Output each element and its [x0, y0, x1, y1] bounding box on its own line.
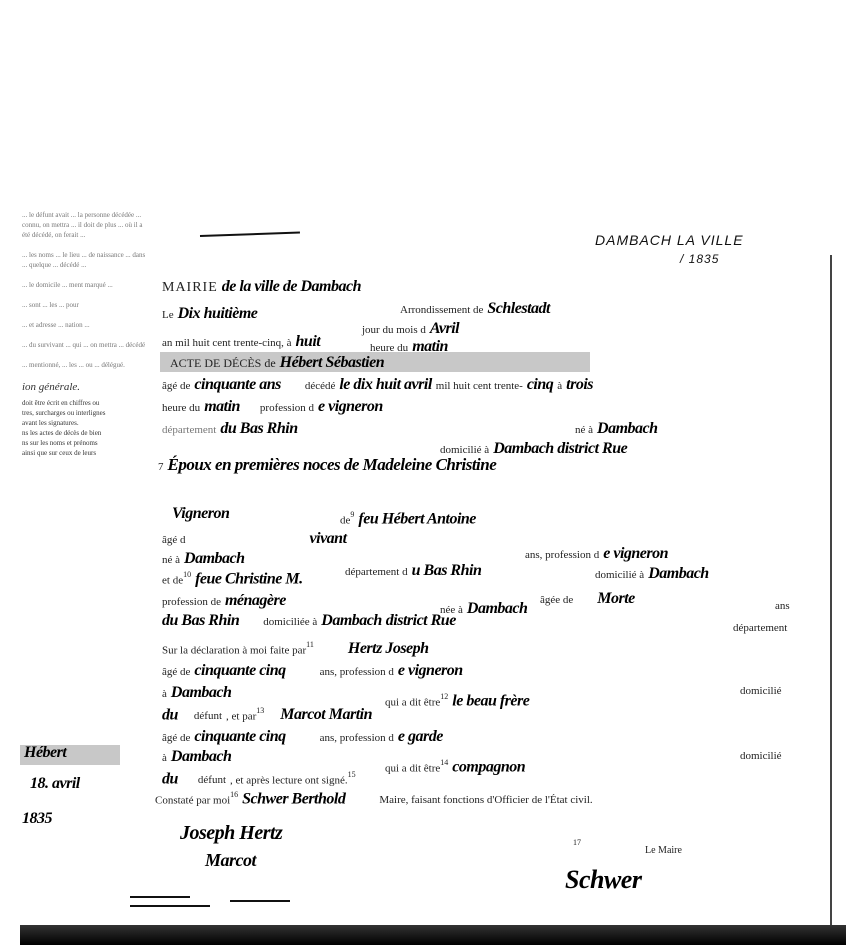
margin-instructions: ... le défunt avait ... la personne décé… [22, 210, 152, 458]
handwritten-value: du [162, 706, 178, 723]
printed-label: qui a dit être [385, 696, 440, 708]
line-father-age: âgé d vivant [162, 530, 347, 548]
instruction-line: ns sur les noms et prénoms [22, 438, 152, 448]
line-declaration: Sur la déclaration à moi faite par11 Her… [162, 640, 429, 658]
handwritten-value: du Bas Rhin [162, 612, 239, 629]
handwritten-value: compagnon [452, 758, 525, 775]
printed-label: âgé d [162, 534, 186, 546]
handwritten-value: e vigneron [318, 398, 383, 415]
printed-label: à [162, 752, 167, 764]
handwritten-value: de la ville de Dambach [222, 278, 361, 295]
line-defunt2: du défunt , et après lecture ont signé.1… [162, 770, 356, 788]
declarant-name: Marcot Martin [280, 706, 372, 723]
faded-block: ... mentionné, ... les ... ou ... délégu… [22, 360, 152, 370]
line-declarant1-domicile: à Dambach [162, 684, 231, 702]
line-ne: né à Dambach [575, 420, 658, 438]
line-declarant2-relation: qui a dit être14 compagnon [385, 758, 525, 776]
act-title: ACTE DE DÉCÈS de Hébert Sébastien [170, 354, 384, 372]
handwritten-value: Dambach [171, 748, 232, 765]
printed-label: ans, profession d [320, 666, 394, 678]
faded-block: ... le domicile ... ment marqué ... [22, 280, 152, 290]
handwritten-value: Dambach district Rue [493, 440, 627, 457]
faded-block: ... du survivant ... qui ... on mettra .… [22, 340, 152, 350]
printed-label: âgé de [162, 732, 190, 744]
printed-label: de [340, 514, 350, 526]
printed-label: domiciliée à [263, 616, 317, 628]
line-father-born: né à Dambach [162, 550, 245, 568]
handwritten-value: district Rue [386, 612, 456, 629]
line-le: Le Dix huitième [162, 305, 257, 323]
handwritten-value: ménagère [225, 592, 286, 609]
instruction-line: ns les actes de décès de bien [22, 428, 152, 438]
line-father-profession: ans, profession d e vigneron [525, 545, 668, 563]
signature-flourish [230, 900, 290, 902]
witness-signature-2: Marcot [205, 850, 256, 871]
line-heure-profession: heure du matin profession d e vigneron [162, 398, 383, 416]
margin-annotation-name: Hébert [24, 744, 66, 762]
printed-label: département [162, 424, 216, 436]
margin-annotation-date: 18. avril [30, 775, 80, 793]
maire-label: Le Maire [645, 845, 682, 856]
footnote-17: 17 [573, 838, 581, 847]
printed-label: ans, profession d [320, 732, 394, 744]
footnote-number: 12 [440, 692, 448, 701]
instruction-line: ainsi que sur ceux de leurs [22, 448, 152, 458]
maire-signature: Schwer [565, 865, 641, 895]
handwritten-value: du Bas Rhin [220, 420, 297, 437]
line-declarant2-age: âgé de cinquante cinq ans, profession d … [162, 728, 443, 746]
handwritten-value: Dambach [184, 550, 245, 567]
printed-label: né à [162, 554, 180, 566]
printed-label: mil huit cent trente- [436, 380, 523, 392]
line-epoux: 7 Époux en premières noces de Madeleine … [158, 455, 496, 475]
printed-label: et de [162, 574, 183, 586]
printed-label: à [162, 688, 167, 700]
departement-label: département [733, 622, 787, 634]
line-father: de9 feu Hébert Antoine [340, 510, 476, 528]
line-mother: et de10 feue Christine M. [162, 570, 303, 588]
margin-annotation-number: 1835 [22, 810, 52, 828]
signature-flourish [130, 896, 190, 898]
line-declarant1-relation: qui a dit être12 le beau frère [385, 692, 529, 710]
line-departement: département du Bas Rhin [162, 420, 298, 438]
commune-stamp: DAMBACH LA VILLE [595, 232, 744, 248]
handwritten-value: vivant [310, 530, 347, 547]
handwritten-value: huit [296, 333, 321, 350]
handwritten-value: Dambach [597, 420, 658, 437]
line-epoux-profession: Vigneron [172, 505, 229, 523]
handwritten-value: Morte [597, 590, 635, 607]
printed-label: heure du [162, 402, 200, 414]
line-declarant1-age: âgé de cinquante cinq ans, profession d … [162, 662, 463, 680]
printed-label: Sur la déclaration à moi faite par [162, 644, 306, 656]
handwritten-value: feu Hébert Antoine [358, 510, 476, 527]
signature-flourish [130, 905, 210, 907]
handwritten-value: Dambach [467, 600, 528, 617]
handwritten-value: Dix huitième [178, 305, 258, 322]
line-age: âgé de cinquante ans décédé le dix huit … [162, 376, 593, 394]
printed-label: an mil huit cent trente-cinq, à [162, 337, 292, 349]
faded-block: ... sont ... les ... pour [22, 300, 152, 310]
printed-label: né à [575, 424, 593, 436]
handwritten-value: Schlestadt [487, 300, 550, 317]
instruction-line: doit être écrit en chiffres ou [22, 398, 152, 408]
footnote-number: 9 [350, 510, 354, 519]
footnote-number: 10 [183, 570, 191, 579]
printed-label: Arrondissement de [400, 304, 483, 316]
printed-label: département d [345, 566, 408, 578]
handwritten-value: du [162, 770, 178, 787]
officer-name: Schwer Berthold [242, 790, 345, 807]
line-mairie: MAIRIE de la ville de Dambach [162, 278, 361, 296]
line-constate: Constaté par moi16 Schwer Berthold Maire… [155, 790, 593, 808]
line-an: an mil huit cent trente-cinq, à huit [162, 333, 320, 351]
handwritten-value: cinq [527, 376, 553, 393]
domicilie-label: domicilié [740, 685, 782, 697]
handwritten-value: feue Christine M. [195, 570, 303, 587]
handwritten-value: u Bas Rhin [412, 562, 482, 579]
scan-shadow [20, 925, 846, 945]
faded-block: ... les noms ... le lieu ... de naissanc… [22, 250, 152, 270]
printed-label: , et par [226, 710, 256, 722]
handwritten-value: le dix huit avril [339, 376, 431, 393]
printed-label: , et après lecture ont signé. [230, 774, 348, 786]
line-declarant2-domicile: à Dambach [162, 748, 231, 766]
handwritten-value: e vigneron [603, 545, 668, 562]
printed-label: à [557, 380, 562, 392]
printed-label: ACTE DE DÉCÈS de [170, 356, 276, 370]
handwritten-value: e garde [398, 728, 443, 745]
handwritten-value: Dambach [171, 684, 232, 701]
footnote-number: 14 [440, 758, 448, 767]
line-father-departement: département d u Bas Rhin [345, 562, 481, 580]
printed-label: Maire, faisant fonctions d'Officier de l… [379, 794, 592, 806]
declarant-name: Hertz Joseph [348, 640, 429, 657]
handwritten-value: matin [204, 398, 240, 415]
footnote-number: 11 [306, 640, 314, 649]
handwritten-value: cinquante ans [194, 376, 280, 393]
domicilie-label-2: domicilié [740, 750, 782, 762]
witness-signature-1: Joseph Hertz [180, 822, 282, 845]
instruction-line: avant les signatures. [22, 418, 152, 428]
printed-label: profession de [162, 596, 221, 608]
printed-label: domicilié à [595, 569, 644, 581]
printed-label: MAIRIE [162, 280, 218, 295]
printed-label: âgé de [162, 666, 190, 678]
handwritten-value: Avril [430, 320, 459, 337]
printed-label: âgée de [540, 594, 573, 606]
instruction-line: tres, surcharges ou interlignes [22, 408, 152, 418]
printed-label: défunt [194, 710, 222, 722]
handwritten-value: e vigneron [398, 662, 463, 679]
printed-label: Le [162, 309, 174, 321]
handwritten-value: trois [566, 376, 593, 393]
printed-label: décédé [305, 380, 336, 392]
handwritten-value: le beau frère [452, 692, 529, 709]
printed-label: défunt [198, 774, 226, 786]
pen-stroke [200, 232, 300, 237]
footnote-number: 15 [348, 770, 356, 779]
deceased-name: Hébert Sébastien [280, 354, 384, 371]
line-defunt1: du défunt , et par13 Marcot Martin [162, 706, 372, 724]
handwritten-value: cinquante cinq [194, 728, 285, 745]
line-jour: jour du mois d Avril [362, 320, 459, 338]
line-mother-profession: profession de ménagère [162, 592, 286, 610]
faded-block: ... et adresse ... nation ... [22, 320, 152, 330]
footnote-number: 16 [230, 790, 238, 799]
line-mother-age: âgée de Morte [540, 590, 635, 608]
printed-label: jour du mois d [362, 324, 426, 336]
printed-label: qui a dit être [385, 762, 440, 774]
ans-label: ans [775, 600, 790, 612]
printed-label: profession d [260, 402, 314, 414]
printed-label: ans, profession d [525, 549, 599, 561]
line-mother-domicile: du Bas Rhin domiciliée à Dambach distric… [162, 612, 456, 630]
faded-block: ... le défunt avait ... la personne décé… [22, 210, 152, 240]
footnote-number: 13 [256, 706, 264, 715]
line-father-domicile: domicilié à Dambach [595, 565, 709, 583]
footnote-number: 7 [158, 461, 164, 473]
handwritten-value: Dambach [648, 565, 709, 582]
printed-label: Constaté par moi [155, 794, 230, 806]
handwritten-value: Époux en premières noces de Madeleine Ch… [168, 455, 497, 474]
handwritten-value: cinquante cinq [194, 662, 285, 679]
instructions-heading: ion générale. [22, 382, 152, 392]
line-arrondissement: Arrondissement de Schlestadt [400, 300, 550, 318]
printed-label: âgé de [162, 380, 190, 392]
handwritten-value: Dambach [321, 612, 382, 629]
